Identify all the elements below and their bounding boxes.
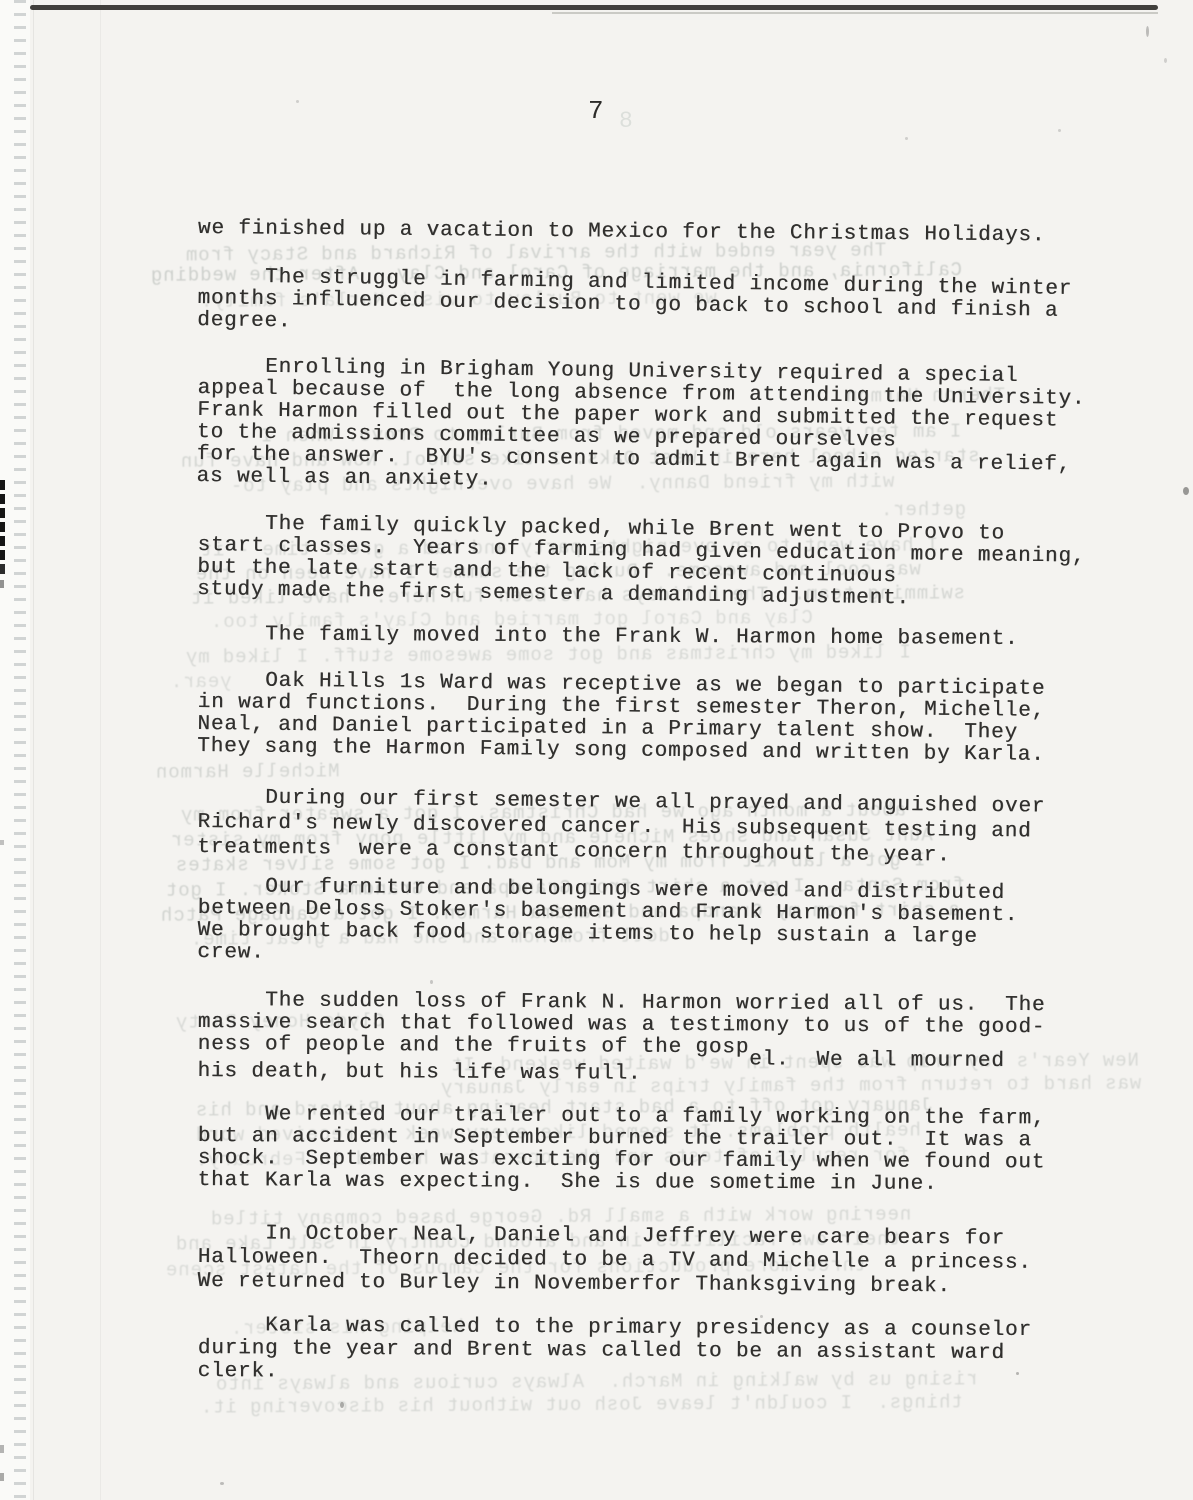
ghost-page-number: 8 (619, 108, 633, 134)
edge-dash (0, 550, 5, 560)
scan-edge-bar (30, 5, 1158, 10)
edge-dash (0, 522, 5, 532)
paragraph: The family quickly packed, while Brent w… (197, 513, 1086, 613)
edge-dash (0, 1445, 4, 1453)
paragraph: We rented our trailer out to a family wo… (198, 1104, 1046, 1196)
paragraph: The struggle in farming and limited inco… (197, 266, 1072, 345)
paragraph: Karla was called to the primary presiden… (198, 1314, 1032, 1388)
scan-edge-bar-thin (552, 12, 1158, 14)
bleed-through-line: Michelle Harmon (155, 761, 340, 782)
scan-speck (340, 1402, 344, 1408)
paper-edge-line (33, 0, 34, 1500)
scan-speck (1183, 487, 1189, 495)
paper-fold-line (100, 0, 101, 1500)
page-number: 7 (588, 96, 604, 126)
edge-dash (0, 1473, 4, 1481)
scan-speck (1164, 58, 1167, 63)
edge-dash (0, 494, 5, 504)
edge-dash (0, 508, 5, 518)
perforation-marks (14, 0, 26, 1500)
paragraph: Our furniture and belongings were moved … (197, 876, 1018, 971)
edge-dash (0, 536, 5, 546)
edge-dash (0, 480, 5, 490)
scan-speck (760, 1315, 763, 1318)
paragraph: The sudden loss of Frank N. Harmon worri… (197, 990, 1045, 1083)
document-page: 7 8 The year ended with the arrival of R… (0, 0, 1193, 1500)
edge-dash (0, 564, 5, 574)
paragraph: In October Neal, Daniel and Jeffrey were… (197, 1222, 1032, 1300)
bleed-through-line: things. I couldn't leave Josh out withou… (200, 1392, 963, 1417)
edge-dash (0, 840, 4, 845)
scan-speck (1058, 129, 1061, 132)
scan-speck (296, 100, 299, 103)
paragraph: Enrolling in Brigham Young University re… (196, 356, 1085, 499)
edge-dash (0, 580, 4, 588)
scan-speck (220, 1482, 224, 1485)
scan-speck (1146, 26, 1149, 37)
paragraph: Oak Hills 1s Ward was receptive as we be… (197, 670, 1045, 767)
paragraph: During our first semester we all prayed … (197, 785, 1045, 870)
bleed-through-line: gether. (880, 500, 966, 521)
scan-speck (905, 137, 908, 140)
scan-speck (430, 980, 433, 984)
scan-speck (1016, 1372, 1019, 1375)
